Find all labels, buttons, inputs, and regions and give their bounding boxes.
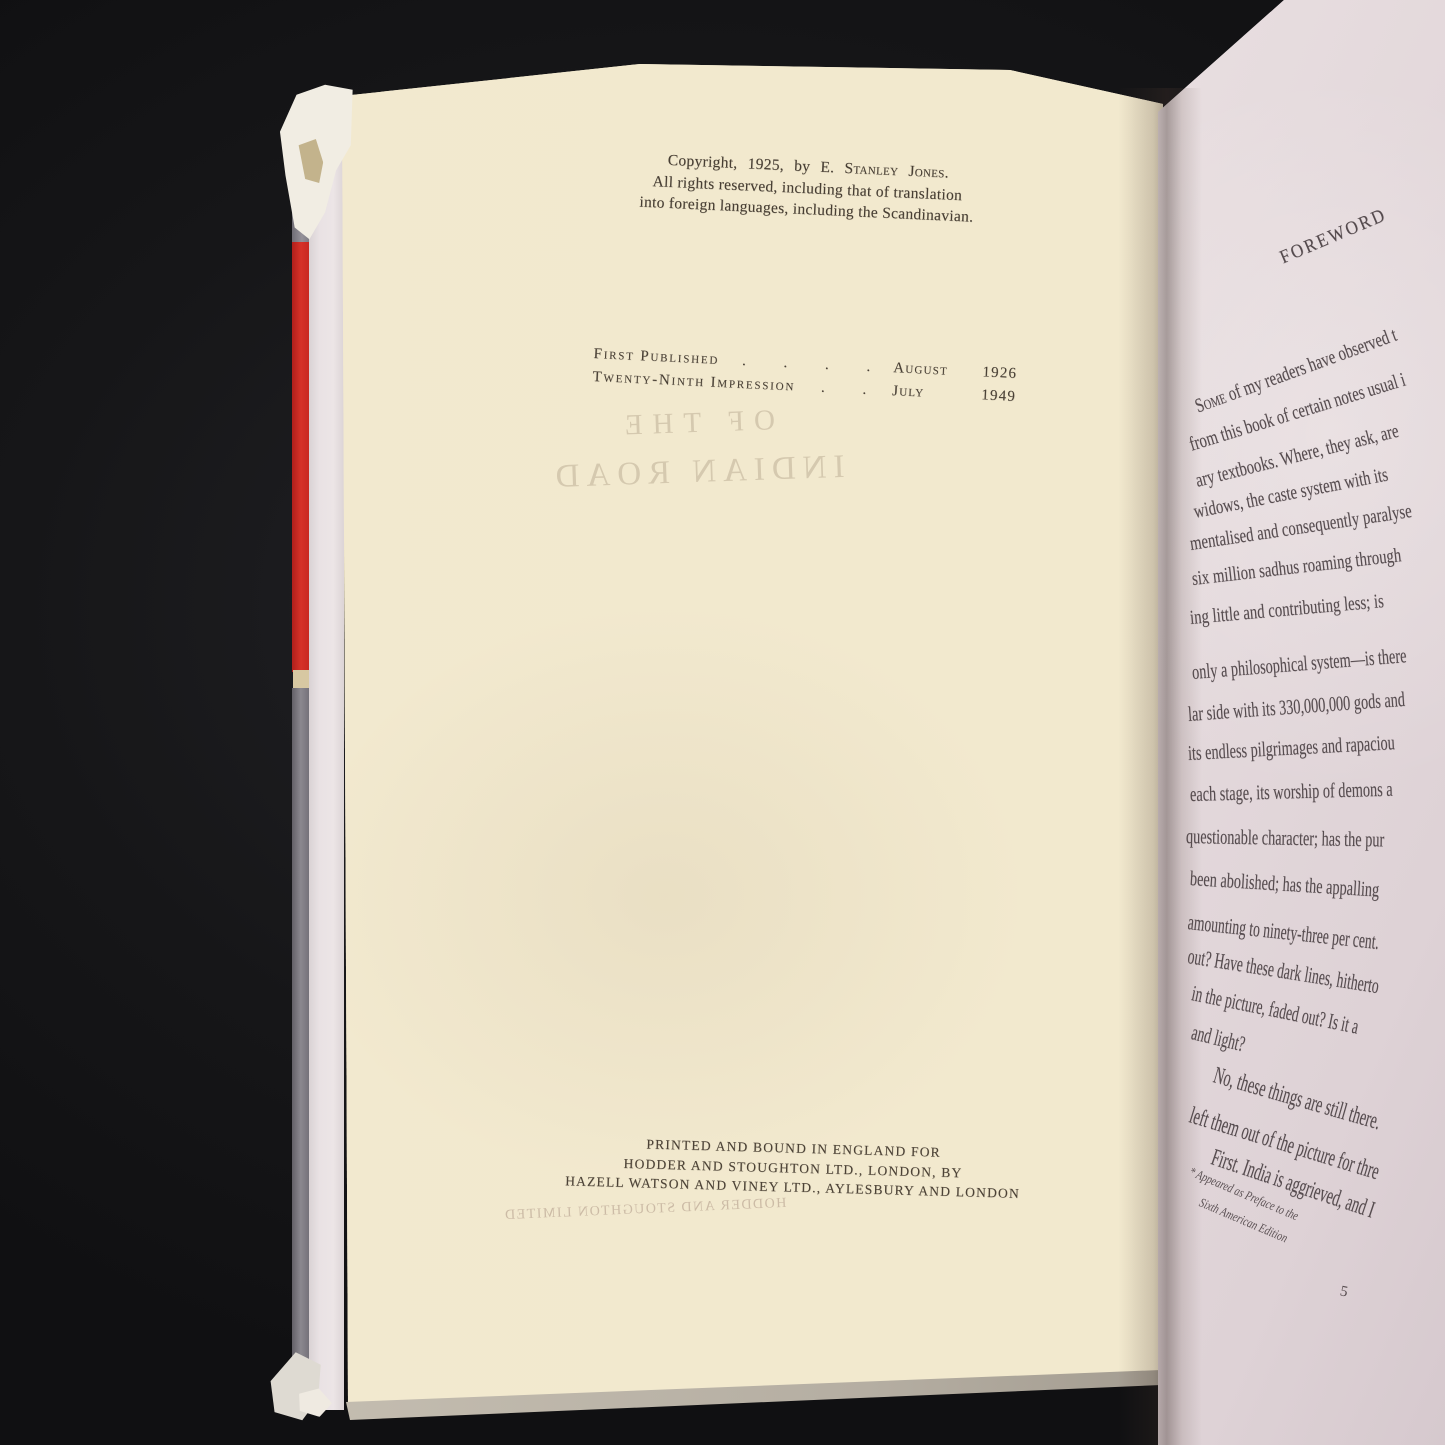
edition-year: 1926: [982, 364, 1018, 383]
foreword-line: questionable character; has the pur: [1186, 824, 1385, 852]
show-through-title: OF THE INDIAN ROAD: [476, 398, 915, 511]
edition-year: 1949: [981, 387, 1017, 406]
foreword-line: been abolished; has the appalling: [1189, 866, 1380, 903]
edition-month: August: [893, 360, 948, 380]
dot-leader: . .: [795, 379, 893, 401]
foreword-line: lar side with its 330,000,000 gods and: [1187, 687, 1406, 727]
foreword-line: only a philosophical system—is there: [1191, 643, 1407, 685]
dust-jacket-edge: [309, 94, 344, 1410]
foreword-line: ing little and contributing less; is: [1189, 590, 1385, 630]
page-number: 5: [1338, 1283, 1349, 1301]
gutter-shadow: [1118, 88, 1202, 1445]
foreword-line: its endless pilgrimages and rapaciou: [1187, 730, 1395, 766]
foreword-line: each stage, its worship of demons a: [1190, 777, 1393, 807]
foreword-heading: FOREWORD: [1277, 204, 1390, 269]
book-photo: Copyright, 1925, by E. Stanley Jones. Al…: [0, 0, 1445, 1445]
